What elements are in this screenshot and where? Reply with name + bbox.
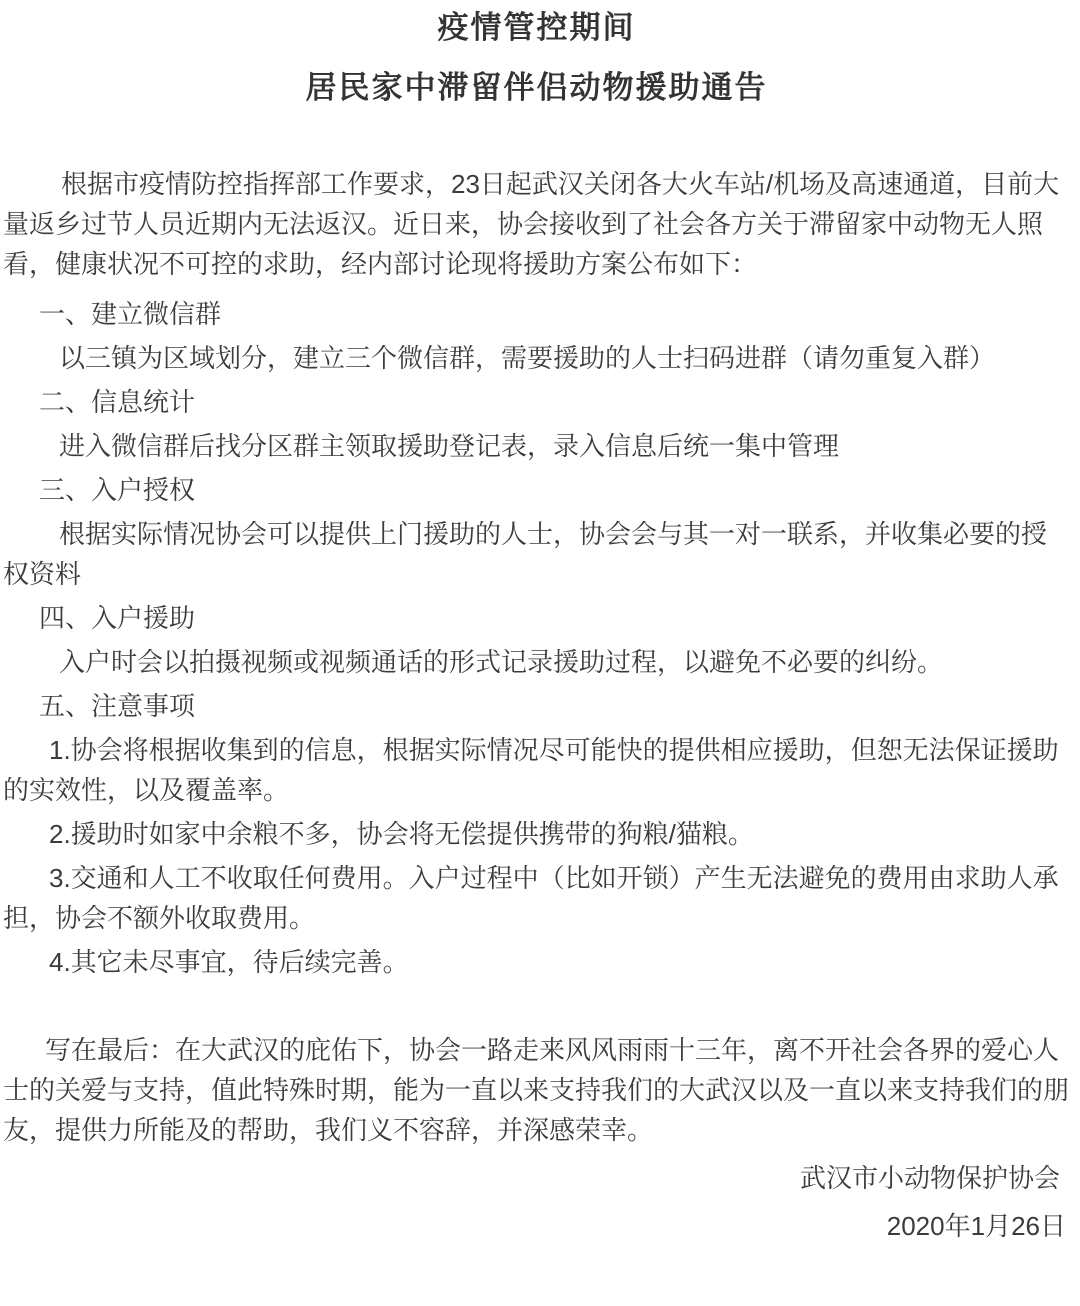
- notice-document: 疫情管控期间 居民家中滞留伴侣动物援助通告 根据市疫情防控指挥部工作要求，23日…: [0, 0, 1080, 1306]
- section-body-1: 以三镇为区域划分，建立三个微信群，需要援助的人士扫码进群（请勿重复入群）: [3, 338, 1070, 378]
- notice-title-line2: 居民家中滞留伴侣动物援助通告: [3, 66, 1070, 110]
- section-heading-2: 二、信息统计: [3, 382, 1070, 422]
- signature: 武汉市小动物保护协会: [3, 1158, 1070, 1198]
- section-heading-3: 三、入户授权: [3, 470, 1070, 510]
- section-body-4: 入户时会以拍摄视频或视频通话的形式记录援助过程，以避免不必要的纠纷。: [3, 642, 1070, 682]
- note-item-2: 2.援助时如家中余粮不多，协会将无偿提供携带的狗粮/猫粮。: [3, 814, 1070, 854]
- notice-title-line1: 疫情管控期间: [3, 6, 1070, 50]
- section-heading-5: 五、注意事项: [3, 686, 1070, 726]
- section-body-2: 进入微信群后找分区群主领取援助登记表，录入信息后统一集中管理: [3, 426, 1070, 466]
- note-item-1: 1.协会将根据收集到的信息，根据实际情况尽可能快的提供相应援助，但恕无法保证援助…: [3, 730, 1070, 810]
- note-item-4: 4.其它未尽事宜，待后续完善。: [3, 942, 1070, 982]
- section-heading-4: 四、入户援助: [3, 598, 1070, 638]
- note-item-3: 3.交通和人工不收取任何费用。入户过程中（比如开锁）产生无法避免的费用由求助人承…: [3, 858, 1070, 938]
- intro-paragraph: 根据市疫情防控指挥部工作要求，23日起武汉关闭各大火车站/机场及高速通道，目前大…: [3, 164, 1070, 284]
- section-body-3: 根据实际情况协会可以提供上门援助的人士，协会会与其一对一联系，并收集必要的授权资…: [3, 514, 1070, 594]
- closing-paragraph: 写在最后：在大武汉的庇佑下，协会一路走来风风雨雨十三年，离不开社会各界的爱心人士…: [3, 1030, 1070, 1150]
- section-heading-1: 一、建立微信群: [3, 294, 1070, 334]
- date: 2020年1月26日: [3, 1206, 1070, 1246]
